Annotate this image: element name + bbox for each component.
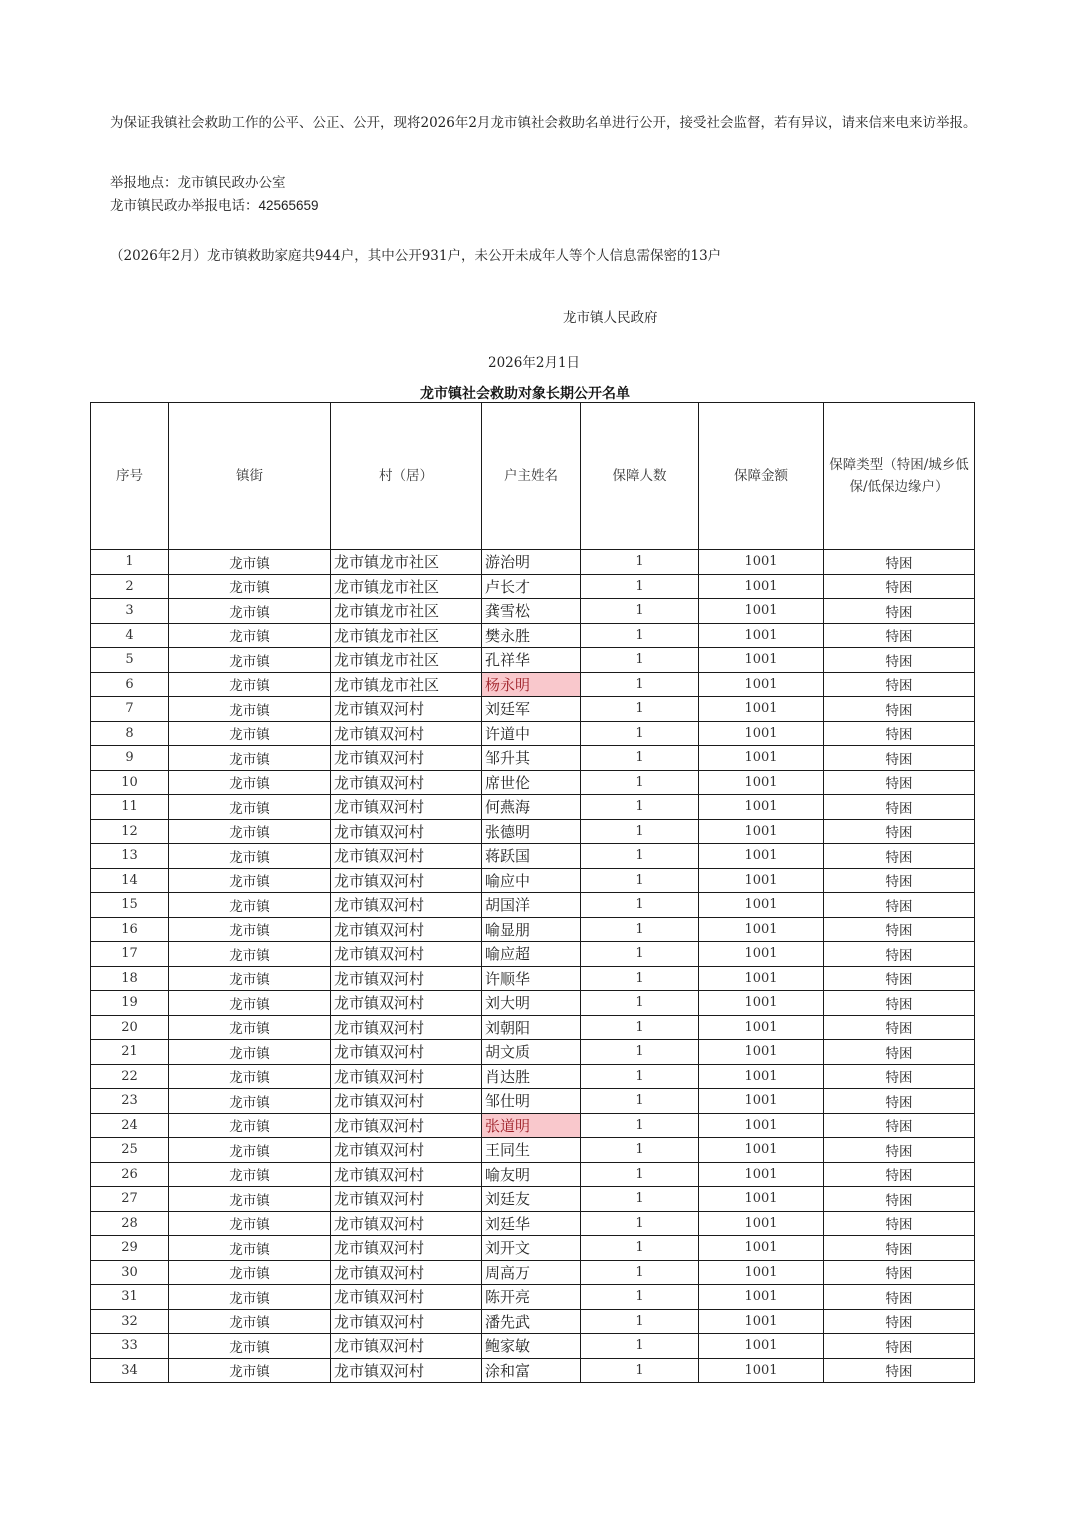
table-row: 2龙市镇龙市镇龙市社区卢长才11001特困 bbox=[91, 574, 975, 599]
cell-amount: 1001 bbox=[699, 746, 824, 771]
cell-householder-name: 杨永明 bbox=[482, 672, 581, 697]
cell-serial-no: 34 bbox=[91, 1358, 169, 1383]
cell-amount: 1001 bbox=[699, 966, 824, 991]
cell-covered-persons: 1 bbox=[581, 1040, 699, 1065]
cell-assistance-type: 特困 bbox=[824, 966, 975, 991]
cell-covered-persons: 1 bbox=[581, 844, 699, 869]
cell-assistance-type: 特困 bbox=[824, 1064, 975, 1089]
cell-village: 龙市镇双河村 bbox=[331, 1138, 482, 1163]
cell-amount: 1001 bbox=[699, 819, 824, 844]
cell-serial-no: 5 bbox=[91, 648, 169, 673]
table-row: 10龙市镇龙市镇双河村席世伦11001特困 bbox=[91, 770, 975, 795]
cell-amount: 1001 bbox=[699, 942, 824, 967]
cell-village: 龙市镇双河村 bbox=[331, 1187, 482, 1212]
cell-householder-name: 刘廷军 bbox=[482, 697, 581, 722]
cell-serial-no: 32 bbox=[91, 1309, 169, 1334]
cell-covered-persons: 1 bbox=[581, 1260, 699, 1285]
cell-village: 龙市镇龙市社区 bbox=[331, 550, 482, 575]
cell-householder-name: 邹升其 bbox=[482, 746, 581, 771]
cell-covered-persons: 1 bbox=[581, 574, 699, 599]
cell-householder-name: 卢长才 bbox=[482, 574, 581, 599]
cell-amount: 1001 bbox=[699, 1260, 824, 1285]
cell-amount: 1001 bbox=[699, 550, 824, 575]
cell-village: 龙市镇双河村 bbox=[331, 1064, 482, 1089]
cell-town: 龙市镇 bbox=[169, 1309, 331, 1334]
table-row: 3龙市镇龙市镇龙市社区龚雪松11001特困 bbox=[91, 599, 975, 624]
cell-amount: 1001 bbox=[699, 1334, 824, 1359]
cell-assistance-type: 特困 bbox=[824, 1358, 975, 1383]
cell-assistance-type: 特困 bbox=[824, 893, 975, 918]
cell-assistance-type: 特困 bbox=[824, 1040, 975, 1065]
cell-amount: 1001 bbox=[699, 1211, 824, 1236]
cell-covered-persons: 1 bbox=[581, 1211, 699, 1236]
cell-householder-name: 陈开亮 bbox=[482, 1285, 581, 1310]
cell-amount: 1001 bbox=[699, 1113, 824, 1138]
cell-assistance-type: 特困 bbox=[824, 1309, 975, 1334]
table-body: 1龙市镇龙市镇龙市社区游治明11001特困2龙市镇龙市镇龙市社区卢长才11001… bbox=[91, 550, 975, 1383]
table-row: 5龙市镇龙市镇龙市社区孔祥华11001特困 bbox=[91, 648, 975, 673]
cell-town: 龙市镇 bbox=[169, 917, 331, 942]
cell-householder-name: 席世伦 bbox=[482, 770, 581, 795]
table-row: 34龙市镇龙市镇双河村涂和富11001特困 bbox=[91, 1358, 975, 1383]
cell-amount: 1001 bbox=[699, 795, 824, 820]
cell-town: 龙市镇 bbox=[169, 966, 331, 991]
table-row: 14龙市镇龙市镇双河村喻应中11001特困 bbox=[91, 868, 975, 893]
cell-serial-no: 26 bbox=[91, 1162, 169, 1187]
cell-village: 龙市镇双河村 bbox=[331, 1162, 482, 1187]
cell-assistance-type: 特困 bbox=[824, 1113, 975, 1138]
cell-town: 龙市镇 bbox=[169, 1260, 331, 1285]
table-row: 20龙市镇龙市镇双河村刘朝阳11001特困 bbox=[91, 1015, 975, 1040]
cell-village: 龙市镇双河村 bbox=[331, 844, 482, 869]
cell-assistance-type: 特困 bbox=[824, 1211, 975, 1236]
cell-assistance-type: 特困 bbox=[824, 1138, 975, 1163]
cell-householder-name: 喻应超 bbox=[482, 942, 581, 967]
table-row: 12龙市镇龙市镇双河村张德明11001特困 bbox=[91, 819, 975, 844]
cell-town: 龙市镇 bbox=[169, 721, 331, 746]
cell-householder-name: 涂和富 bbox=[482, 1358, 581, 1383]
table-row: 7龙市镇龙市镇双河村刘廷军11001特困 bbox=[91, 697, 975, 722]
table-row: 33龙市镇龙市镇双河村鲍家敏11001特困 bbox=[91, 1334, 975, 1359]
cell-town: 龙市镇 bbox=[169, 1040, 331, 1065]
cell-assistance-type: 特困 bbox=[824, 1089, 975, 1114]
cell-covered-persons: 1 bbox=[581, 795, 699, 820]
cell-householder-name: 喻友明 bbox=[482, 1162, 581, 1187]
cell-village: 龙市镇双河村 bbox=[331, 819, 482, 844]
cell-amount: 1001 bbox=[699, 1089, 824, 1114]
cell-amount: 1001 bbox=[699, 1040, 824, 1065]
cell-assistance-type: 特困 bbox=[824, 1187, 975, 1212]
cell-serial-no: 13 bbox=[91, 844, 169, 869]
cell-householder-name: 鲍家敏 bbox=[482, 1334, 581, 1359]
issuer: 龙市镇人民政府 bbox=[563, 306, 658, 326]
cell-assistance-type: 特困 bbox=[824, 770, 975, 795]
cell-amount: 1001 bbox=[699, 623, 824, 648]
cell-serial-no: 3 bbox=[91, 599, 169, 624]
cell-householder-name: 许顺华 bbox=[482, 966, 581, 991]
cell-amount: 1001 bbox=[699, 1138, 824, 1163]
table-row: 9龙市镇龙市镇双河村邹升其11001特困 bbox=[91, 746, 975, 771]
cell-serial-no: 6 bbox=[91, 672, 169, 697]
cell-covered-persons: 1 bbox=[581, 1015, 699, 1040]
cell-serial-no: 1 bbox=[91, 550, 169, 575]
table-row: 19龙市镇龙市镇双河村刘大明11001特困 bbox=[91, 991, 975, 1016]
cell-householder-name: 张德明 bbox=[482, 819, 581, 844]
cell-covered-persons: 1 bbox=[581, 893, 699, 918]
table-row: 29龙市镇龙市镇双河村刘开文11001特困 bbox=[91, 1236, 975, 1261]
cell-town: 龙市镇 bbox=[169, 991, 331, 1016]
cell-serial-no: 7 bbox=[91, 697, 169, 722]
table-row: 22龙市镇龙市镇双河村肖达胜11001特困 bbox=[91, 1064, 975, 1089]
cell-serial-no: 30 bbox=[91, 1260, 169, 1285]
cell-amount: 1001 bbox=[699, 1064, 824, 1089]
cell-assistance-type: 特困 bbox=[824, 1260, 975, 1285]
cell-householder-name: 刘廷华 bbox=[482, 1211, 581, 1236]
cell-town: 龙市镇 bbox=[169, 697, 331, 722]
cell-village: 龙市镇双河村 bbox=[331, 1089, 482, 1114]
cell-town: 龙市镇 bbox=[169, 868, 331, 893]
cell-town: 龙市镇 bbox=[169, 1285, 331, 1310]
cell-serial-no: 9 bbox=[91, 746, 169, 771]
cell-assistance-type: 特困 bbox=[824, 1285, 975, 1310]
table-row: 13龙市镇龙市镇双河村蒋跃国11001特困 bbox=[91, 844, 975, 869]
header-serial-no: 序号 bbox=[91, 403, 169, 550]
cell-covered-persons: 1 bbox=[581, 697, 699, 722]
cell-covered-persons: 1 bbox=[581, 1138, 699, 1163]
cell-village: 龙市镇双河村 bbox=[331, 1285, 482, 1310]
cell-covered-persons: 1 bbox=[581, 991, 699, 1016]
cell-serial-no: 2 bbox=[91, 574, 169, 599]
table-row: 15龙市镇龙市镇双河村胡国洋11001特困 bbox=[91, 893, 975, 918]
cell-amount: 1001 bbox=[699, 1162, 824, 1187]
cell-assistance-type: 特困 bbox=[824, 746, 975, 771]
table-row: 31龙市镇龙市镇双河村陈开亮11001特困 bbox=[91, 1285, 975, 1310]
cell-covered-persons: 1 bbox=[581, 1236, 699, 1261]
table-header-row: 序号 镇街 村（居） 户主姓名 保障人数 保障金额 保障类型（特困/城乡低保/低… bbox=[91, 403, 975, 550]
cell-town: 龙市镇 bbox=[169, 1358, 331, 1383]
header-householder-name: 户主姓名 bbox=[482, 403, 581, 550]
cell-householder-name: 龚雪松 bbox=[482, 599, 581, 624]
cell-householder-name: 王同生 bbox=[482, 1138, 581, 1163]
cell-covered-persons: 1 bbox=[581, 648, 699, 673]
cell-town: 龙市镇 bbox=[169, 819, 331, 844]
table-row: 26龙市镇龙市镇双河村喻友明11001特困 bbox=[91, 1162, 975, 1187]
cell-town: 龙市镇 bbox=[169, 844, 331, 869]
cell-town: 龙市镇 bbox=[169, 1162, 331, 1187]
cell-serial-no: 8 bbox=[91, 721, 169, 746]
cell-assistance-type: 特困 bbox=[824, 672, 975, 697]
cell-amount: 1001 bbox=[699, 1285, 824, 1310]
cell-householder-name: 游治明 bbox=[482, 550, 581, 575]
cell-covered-persons: 1 bbox=[581, 1285, 699, 1310]
cell-village: 龙市镇龙市社区 bbox=[331, 623, 482, 648]
cell-serial-no: 12 bbox=[91, 819, 169, 844]
cell-householder-name: 刘大明 bbox=[482, 991, 581, 1016]
cell-village: 龙市镇龙市社区 bbox=[331, 574, 482, 599]
cell-village: 龙市镇双河村 bbox=[331, 1015, 482, 1040]
cell-covered-persons: 1 bbox=[581, 1162, 699, 1187]
cell-covered-persons: 1 bbox=[581, 721, 699, 746]
table-title: 龙市镇社会救助对象长期公开名单 bbox=[420, 383, 630, 403]
cell-householder-name: 刘朝阳 bbox=[482, 1015, 581, 1040]
cell-town: 龙市镇 bbox=[169, 1015, 331, 1040]
cell-householder-name: 潘先武 bbox=[482, 1309, 581, 1334]
cell-householder-name: 刘开文 bbox=[482, 1236, 581, 1261]
cell-amount: 1001 bbox=[699, 672, 824, 697]
report-phone-number: 42565659 bbox=[259, 198, 319, 213]
cell-town: 龙市镇 bbox=[169, 599, 331, 624]
cell-village: 龙市镇双河村 bbox=[331, 1260, 482, 1285]
cell-village: 龙市镇双河村 bbox=[331, 795, 482, 820]
cell-assistance-type: 特困 bbox=[824, 868, 975, 893]
cell-town: 龙市镇 bbox=[169, 1064, 331, 1089]
cell-covered-persons: 1 bbox=[581, 1089, 699, 1114]
notice-intro: 为保证我镇社会救助工作的公平、公正、公开，现将2026年2月龙市镇社会救助名单进… bbox=[88, 113, 978, 134]
cell-covered-persons: 1 bbox=[581, 966, 699, 991]
table-row: 18龙市镇龙市镇双河村许顺华11001特困 bbox=[91, 966, 975, 991]
cell-village: 龙市镇双河村 bbox=[331, 1358, 482, 1383]
cell-amount: 1001 bbox=[699, 1015, 824, 1040]
table-row: 32龙市镇龙市镇双河村潘先武11001特困 bbox=[91, 1309, 975, 1334]
cell-town: 龙市镇 bbox=[169, 672, 331, 697]
cell-village: 龙市镇龙市社区 bbox=[331, 648, 482, 673]
cell-covered-persons: 1 bbox=[581, 868, 699, 893]
cell-amount: 1001 bbox=[699, 917, 824, 942]
cell-householder-name: 蒋跃国 bbox=[482, 844, 581, 869]
cell-village: 龙市镇双河村 bbox=[331, 942, 482, 967]
cell-serial-no: 24 bbox=[91, 1113, 169, 1138]
cell-serial-no: 19 bbox=[91, 991, 169, 1016]
cell-assistance-type: 特困 bbox=[824, 795, 975, 820]
cell-amount: 1001 bbox=[699, 893, 824, 918]
cell-assistance-type: 特困 bbox=[824, 1236, 975, 1261]
cell-village: 龙市镇双河村 bbox=[331, 1113, 482, 1138]
table-row: 21龙市镇龙市镇双河村胡文质11001特困 bbox=[91, 1040, 975, 1065]
assistance-list-table: 序号 镇街 村（居） 户主姓名 保障人数 保障金额 保障类型（特困/城乡低保/低… bbox=[90, 402, 975, 1383]
cell-village: 龙市镇双河村 bbox=[331, 1211, 482, 1236]
cell-serial-no: 27 bbox=[91, 1187, 169, 1212]
cell-amount: 1001 bbox=[699, 599, 824, 624]
header-town: 镇街 bbox=[169, 403, 331, 550]
cell-village: 龙市镇双河村 bbox=[331, 697, 482, 722]
cell-covered-persons: 1 bbox=[581, 917, 699, 942]
cell-covered-persons: 1 bbox=[581, 550, 699, 575]
table-row: 8龙市镇龙市镇双河村许道中11001特困 bbox=[91, 721, 975, 746]
cell-serial-no: 20 bbox=[91, 1015, 169, 1040]
cell-serial-no: 25 bbox=[91, 1138, 169, 1163]
cell-serial-no: 11 bbox=[91, 795, 169, 820]
cell-amount: 1001 bbox=[699, 574, 824, 599]
cell-covered-persons: 1 bbox=[581, 1309, 699, 1334]
cell-town: 龙市镇 bbox=[169, 1236, 331, 1261]
cell-covered-persons: 1 bbox=[581, 819, 699, 844]
cell-assistance-type: 特困 bbox=[824, 1334, 975, 1359]
table-row: 11龙市镇龙市镇双河村何燕海11001特困 bbox=[91, 795, 975, 820]
table-row: 24龙市镇龙市镇双河村张道明11001特困 bbox=[91, 1113, 975, 1138]
report-phone-label: 龙市镇民政办举报电话： bbox=[110, 198, 259, 214]
cell-town: 龙市镇 bbox=[169, 574, 331, 599]
cell-town: 龙市镇 bbox=[169, 1187, 331, 1212]
issue-date: 2026年2月1日 bbox=[488, 351, 580, 371]
table-row: 16龙市镇龙市镇双河村喻显朋11001特困 bbox=[91, 917, 975, 942]
cell-assistance-type: 特困 bbox=[824, 819, 975, 844]
cell-serial-no: 28 bbox=[91, 1211, 169, 1236]
cell-amount: 1001 bbox=[699, 844, 824, 869]
cell-town: 龙市镇 bbox=[169, 795, 331, 820]
cell-serial-no: 15 bbox=[91, 893, 169, 918]
cell-householder-name: 肖达胜 bbox=[482, 1064, 581, 1089]
cell-serial-no: 31 bbox=[91, 1285, 169, 1310]
cell-covered-persons: 1 bbox=[581, 770, 699, 795]
cell-householder-name: 孔祥华 bbox=[482, 648, 581, 673]
cell-serial-no: 18 bbox=[91, 966, 169, 991]
cell-householder-name: 许道中 bbox=[482, 721, 581, 746]
cell-amount: 1001 bbox=[699, 770, 824, 795]
table-row: 17龙市镇龙市镇双河村喻应超11001特困 bbox=[91, 942, 975, 967]
cell-assistance-type: 特困 bbox=[824, 648, 975, 673]
cell-serial-no: 10 bbox=[91, 770, 169, 795]
cell-serial-no: 16 bbox=[91, 917, 169, 942]
cell-serial-no: 21 bbox=[91, 1040, 169, 1065]
cell-town: 龙市镇 bbox=[169, 648, 331, 673]
table-row: 30龙市镇龙市镇双河村周高万11001特困 bbox=[91, 1260, 975, 1285]
cell-householder-name: 张道明 bbox=[482, 1113, 581, 1138]
header-amount: 保障金额 bbox=[699, 403, 824, 550]
cell-amount: 1001 bbox=[699, 721, 824, 746]
cell-village: 龙市镇双河村 bbox=[331, 1040, 482, 1065]
cell-amount: 1001 bbox=[699, 697, 824, 722]
cell-serial-no: 23 bbox=[91, 1089, 169, 1114]
cell-village: 龙市镇双河村 bbox=[331, 746, 482, 771]
cell-assistance-type: 特困 bbox=[824, 1015, 975, 1040]
table-row: 1龙市镇龙市镇龙市社区游治明11001特困 bbox=[91, 550, 975, 575]
cell-householder-name: 喻显朋 bbox=[482, 917, 581, 942]
household-summary: （2026年2月）龙市镇救助家庭共944户，其中公开931户，未公开未成年人等个… bbox=[110, 244, 721, 264]
cell-assistance-type: 特困 bbox=[824, 844, 975, 869]
cell-village: 龙市镇双河村 bbox=[331, 917, 482, 942]
cell-covered-persons: 1 bbox=[581, 672, 699, 697]
cell-amount: 1001 bbox=[699, 991, 824, 1016]
cell-village: 龙市镇双河村 bbox=[331, 1334, 482, 1359]
cell-serial-no: 22 bbox=[91, 1064, 169, 1089]
cell-householder-name: 胡国洋 bbox=[482, 893, 581, 918]
cell-village: 龙市镇双河村 bbox=[331, 893, 482, 918]
cell-village: 龙市镇双河村 bbox=[331, 770, 482, 795]
cell-village: 龙市镇龙市社区 bbox=[331, 599, 482, 624]
cell-householder-name: 何燕海 bbox=[482, 795, 581, 820]
cell-serial-no: 17 bbox=[91, 942, 169, 967]
cell-covered-persons: 1 bbox=[581, 1064, 699, 1089]
table-row: 4龙市镇龙市镇龙市社区樊永胜11001特困 bbox=[91, 623, 975, 648]
table-row: 23龙市镇龙市镇双河村邹仕明11001特困 bbox=[91, 1089, 975, 1114]
cell-village: 龙市镇双河村 bbox=[331, 721, 482, 746]
cell-town: 龙市镇 bbox=[169, 1211, 331, 1236]
cell-covered-persons: 1 bbox=[581, 599, 699, 624]
cell-town: 龙市镇 bbox=[169, 623, 331, 648]
cell-covered-persons: 1 bbox=[581, 1113, 699, 1138]
cell-town: 龙市镇 bbox=[169, 942, 331, 967]
cell-householder-name: 邹仕明 bbox=[482, 1089, 581, 1114]
cell-village: 龙市镇双河村 bbox=[331, 991, 482, 1016]
cell-town: 龙市镇 bbox=[169, 1334, 331, 1359]
table-row: 6龙市镇龙市镇龙市社区杨永明11001特困 bbox=[91, 672, 975, 697]
cell-householder-name: 樊永胜 bbox=[482, 623, 581, 648]
cell-village: 龙市镇龙市社区 bbox=[331, 672, 482, 697]
cell-covered-persons: 1 bbox=[581, 623, 699, 648]
cell-town: 龙市镇 bbox=[169, 746, 331, 771]
cell-assistance-type: 特困 bbox=[824, 721, 975, 746]
cell-assistance-type: 特困 bbox=[824, 942, 975, 967]
cell-serial-no: 14 bbox=[91, 868, 169, 893]
table-row: 28龙市镇龙市镇双河村刘廷华11001特困 bbox=[91, 1211, 975, 1236]
cell-householder-name: 刘廷友 bbox=[482, 1187, 581, 1212]
cell-householder-name: 周高万 bbox=[482, 1260, 581, 1285]
cell-amount: 1001 bbox=[699, 1236, 824, 1261]
cell-assistance-type: 特困 bbox=[824, 574, 975, 599]
header-covered-persons: 保障人数 bbox=[581, 403, 699, 550]
cell-amount: 1001 bbox=[699, 868, 824, 893]
cell-assistance-type: 特困 bbox=[824, 599, 975, 624]
cell-covered-persons: 1 bbox=[581, 1358, 699, 1383]
cell-town: 龙市镇 bbox=[169, 893, 331, 918]
cell-householder-name: 胡文质 bbox=[482, 1040, 581, 1065]
cell-assistance-type: 特困 bbox=[824, 1162, 975, 1187]
cell-town: 龙市镇 bbox=[169, 1113, 331, 1138]
cell-covered-persons: 1 bbox=[581, 746, 699, 771]
report-place: 举报地点：龙市镇民政办公室 bbox=[110, 171, 286, 191]
cell-town: 龙市镇 bbox=[169, 770, 331, 795]
cell-village: 龙市镇双河村 bbox=[331, 966, 482, 991]
cell-town: 龙市镇 bbox=[169, 1089, 331, 1114]
report-phone: 龙市镇民政办举报电话：42565659 bbox=[110, 194, 319, 214]
cell-amount: 1001 bbox=[699, 1358, 824, 1383]
cell-covered-persons: 1 bbox=[581, 1334, 699, 1359]
cell-town: 龙市镇 bbox=[169, 1138, 331, 1163]
table-row: 27龙市镇龙市镇双河村刘廷友11001特困 bbox=[91, 1187, 975, 1212]
cell-assistance-type: 特困 bbox=[824, 991, 975, 1016]
cell-serial-no: 33 bbox=[91, 1334, 169, 1359]
cell-serial-no: 29 bbox=[91, 1236, 169, 1261]
header-assistance-type: 保障类型（特困/城乡低保/低保边缘户） bbox=[824, 403, 975, 550]
cell-serial-no: 4 bbox=[91, 623, 169, 648]
cell-amount: 1001 bbox=[699, 1187, 824, 1212]
header-village: 村（居） bbox=[331, 403, 482, 550]
cell-amount: 1001 bbox=[699, 648, 824, 673]
cell-covered-persons: 1 bbox=[581, 1187, 699, 1212]
cell-householder-name: 喻应中 bbox=[482, 868, 581, 893]
cell-amount: 1001 bbox=[699, 1309, 824, 1334]
cell-assistance-type: 特困 bbox=[824, 623, 975, 648]
cell-village: 龙市镇双河村 bbox=[331, 1236, 482, 1261]
table-row: 25龙市镇龙市镇双河村王同生11001特困 bbox=[91, 1138, 975, 1163]
cell-assistance-type: 特困 bbox=[824, 917, 975, 942]
cell-village: 龙市镇双河村 bbox=[331, 1309, 482, 1334]
cell-assistance-type: 特困 bbox=[824, 697, 975, 722]
cell-assistance-type: 特困 bbox=[824, 550, 975, 575]
cell-village: 龙市镇双河村 bbox=[331, 868, 482, 893]
cell-covered-persons: 1 bbox=[581, 942, 699, 967]
cell-town: 龙市镇 bbox=[169, 550, 331, 575]
